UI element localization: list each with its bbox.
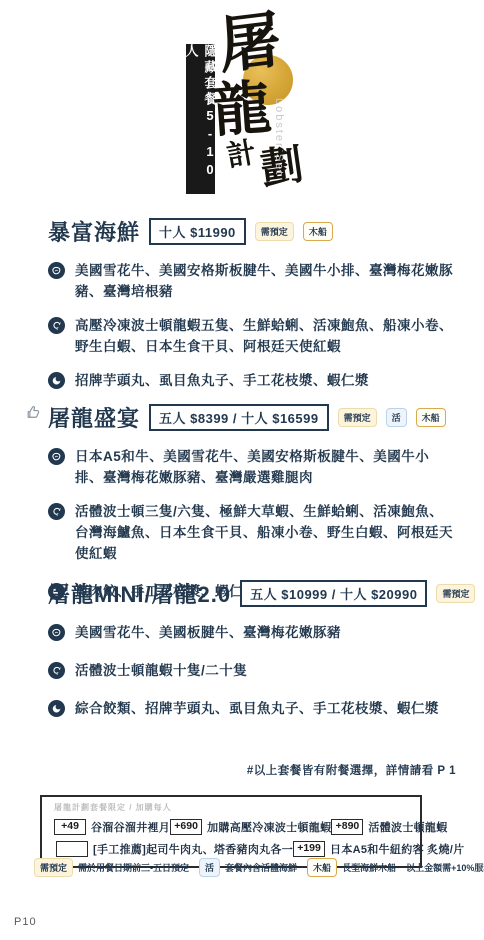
meat-icon [48, 448, 65, 465]
hidden-set-vertical-banner: 隱藏套餐5-10人 [186, 44, 215, 194]
item-text: 活體波士頓龍蝦十隻/二十隻 [75, 660, 247, 681]
item-text: 綜合餃類、招牌芋頭丸、虱目魚丸子、手工花枝漿、蝦仁漿 [75, 698, 439, 719]
addon-price-chip: +890 [331, 819, 363, 835]
legend-row: 需預定 需於用餐日期前三-五日預定 活 套餐內含活體海鮮 木船 長型海鮮木船 以… [34, 858, 476, 877]
section-head: 屠龍盛宴 五人 $8399 / 十人 $16599 需預定 活 木船 [48, 402, 466, 433]
menu-item-row: 美國雪花牛、美國安格斯板腱牛、美國牛小排、臺灣梅花嫩豚豬、臺灣培根豬 [48, 260, 456, 302]
item-text: 招牌芋頭丸、虱目魚丸子、手工花枝漿、蝦仁漿 [75, 370, 369, 391]
price-box: 十人 $11990 [149, 218, 246, 245]
boat-badge: 木船 [416, 408, 446, 427]
live-legend-text: 套餐內含活體海鮮 [225, 861, 297, 874]
price-box: 五人 $10999 / 十人 $20990 [240, 580, 427, 607]
addon-caption: 屠龍計劃套餐限定 / 加購每人 [54, 802, 410, 813]
menu-item-row: 日本A5和牛、美國雪花牛、美國安格斯板腱牛、美國牛小排、臺灣梅花嫩豚豬、臺灣嚴選… [48, 446, 456, 488]
meat-icon [48, 624, 65, 641]
shrimp-icon [48, 662, 65, 679]
service-charge-text: 以上金額需+10%服務費 [406, 861, 484, 874]
shrimp-icon [48, 317, 65, 334]
menu-item-row: 美國雪花牛、美國板腱牛、臺灣梅花嫩豚豬 [48, 622, 456, 643]
addon-label: 日本A5和牛紐約客 炙燒/片 [330, 841, 464, 857]
reserve-badge: 需預定 [338, 408, 377, 427]
live-badge: 活 [386, 408, 407, 427]
reserve-badge: 需預定 [34, 858, 73, 877]
addon-option: +49 谷溜谷溜井裡月 [54, 819, 170, 835]
item-text: 日本A5和牛、美國雪花牛、美國安格斯板腱牛、美國牛小排、臺灣梅花嫩豚豬、臺灣嚴選… [75, 446, 456, 488]
header-logo-area: 隱藏套餐5-10人 屠 龍 計 劃 Lobster Set [0, 0, 484, 212]
boat-legend-text: 長型海鮮木船 [342, 861, 396, 874]
reserve-badge: 需預定 [436, 584, 475, 603]
price-box: 五人 $8399 / 十人 $16599 [149, 404, 329, 431]
shrimp-icon [48, 503, 65, 520]
addon-row-2: [手工推薦]起司牛肉丸、塔香豬肉丸各一 +199 日本A5和牛紐約客 炙燒/片 [54, 841, 410, 857]
addon-row-1: +49 谷溜谷溜井裡月 +690 加購高壓冷凍波士頓龍蝦 +890 活體波士頓龍… [54, 819, 410, 835]
item-text: 美國雪花牛、美國安格斯板腱牛、美國牛小排、臺灣梅花嫩豚豬、臺灣培根豬 [75, 260, 456, 302]
section-title: 屠龍盛宴 [48, 402, 140, 433]
addon-price-chip: +49 [54, 819, 86, 835]
addon-price-chip: +199 [293, 841, 325, 857]
item-text: 美國雪花牛、美國板腱牛、臺灣梅花嫩豚豬 [75, 622, 341, 643]
addon-price-chip: +690 [170, 819, 202, 835]
logo-calligraphy-char-3: 計 [225, 138, 259, 172]
meat-icon [48, 262, 65, 279]
addon-option: +690 加購高壓冷凍波士頓龍蝦 [170, 819, 331, 835]
menu-item-row: 綜合餃類、招牌芋頭丸、虱目魚丸子、手工花枝漿、蝦仁漿 [48, 698, 456, 719]
section-dragon-mini: 屠龍MINI/屠龍2.0 五人 $10999 / 十人 $20990 需預定 活… [48, 578, 466, 732]
menu-item-row: 招牌芋頭丸、虱目魚丸子、手工花枝漿、蝦仁漿 [48, 370, 456, 391]
item-text: 高壓冷凍波士頓龍蝦五隻、生鮮蛤蜊、活凍鮑魚、船凍小卷、野生白蝦、日本生食干貝、阿… [75, 315, 456, 357]
side-dish-note: #以上套餐皆有附餐選擇，詳情請看 P 1 [247, 762, 456, 778]
live-badge: 活 [199, 858, 220, 877]
section-head: 暴富海鮮 十人 $11990 需預定 木船 [48, 216, 466, 247]
logo-calligraphy-char-2: 龍 [211, 78, 273, 140]
menu-item-row: 活體波士頓龍蝦十隻/二十隻 [48, 660, 456, 681]
section-head: 屠龍MINI/屠龍2.0 五人 $10999 / 十人 $20990 需預定 活… [48, 578, 466, 609]
section-title: 屠龍MINI/屠龍2.0 [48, 578, 231, 609]
addon-option: [手工推薦]起司牛肉丸、塔香豬肉丸各一 [56, 841, 293, 857]
addon-label: 活體波士頓龍蝦 [368, 819, 447, 835]
addon-label: [手工推薦]起司牛肉丸、塔香豬肉丸各一 [93, 841, 293, 857]
logo-english-caption: Lobster Set [273, 98, 285, 176]
addon-label: 加購高壓冷凍波士頓龍蝦 [207, 819, 331, 835]
menu-item-row: 活體波士頓三隻/六隻、極鮮大草蝦、生鮮蛤蜊、活凍鮑魚、台灣海鱸魚、日本生食干貝、… [48, 501, 456, 564]
thumbs-up-recommend-icon [24, 403, 43, 422]
addon-price-chip-empty [56, 841, 88, 857]
menu-item-row: 高壓冷凍波士頓龍蝦五隻、生鮮蛤蜊、活凍鮑魚、船凍小卷、野生白蝦、日本生食干貝、阿… [48, 315, 456, 357]
section-bao-fu-seafood: 暴富海鮮 十人 $11990 需預定 木船 美國雪花牛、美國安格斯板腱牛、美國牛… [48, 216, 466, 404]
page-number: P10 [14, 916, 37, 928]
addon-option: +199 日本A5和牛紐約客 炙燒/片 [293, 841, 464, 857]
addon-option: +890 活體波士頓龍蝦 [331, 819, 447, 835]
boat-badge: 木船 [307, 858, 337, 877]
fishball-icon [48, 700, 65, 717]
item-text: 活體波士頓三隻/六隻、極鮮大草蝦、生鮮蛤蜊、活凍鮑魚、台灣海鱸魚、日本生食干貝、… [75, 501, 456, 564]
reserve-legend-text: 需於用餐日期前三-五日預定 [78, 861, 189, 874]
reserve-badge: 需預定 [255, 222, 294, 241]
addon-label: 谷溜谷溜井裡月 [91, 819, 170, 835]
boat-badge: 木船 [303, 222, 333, 241]
fishball-icon [48, 372, 65, 389]
section-title: 暴富海鮮 [48, 216, 140, 247]
logo-calligraphy-char-1: 屠 [217, 8, 283, 77]
